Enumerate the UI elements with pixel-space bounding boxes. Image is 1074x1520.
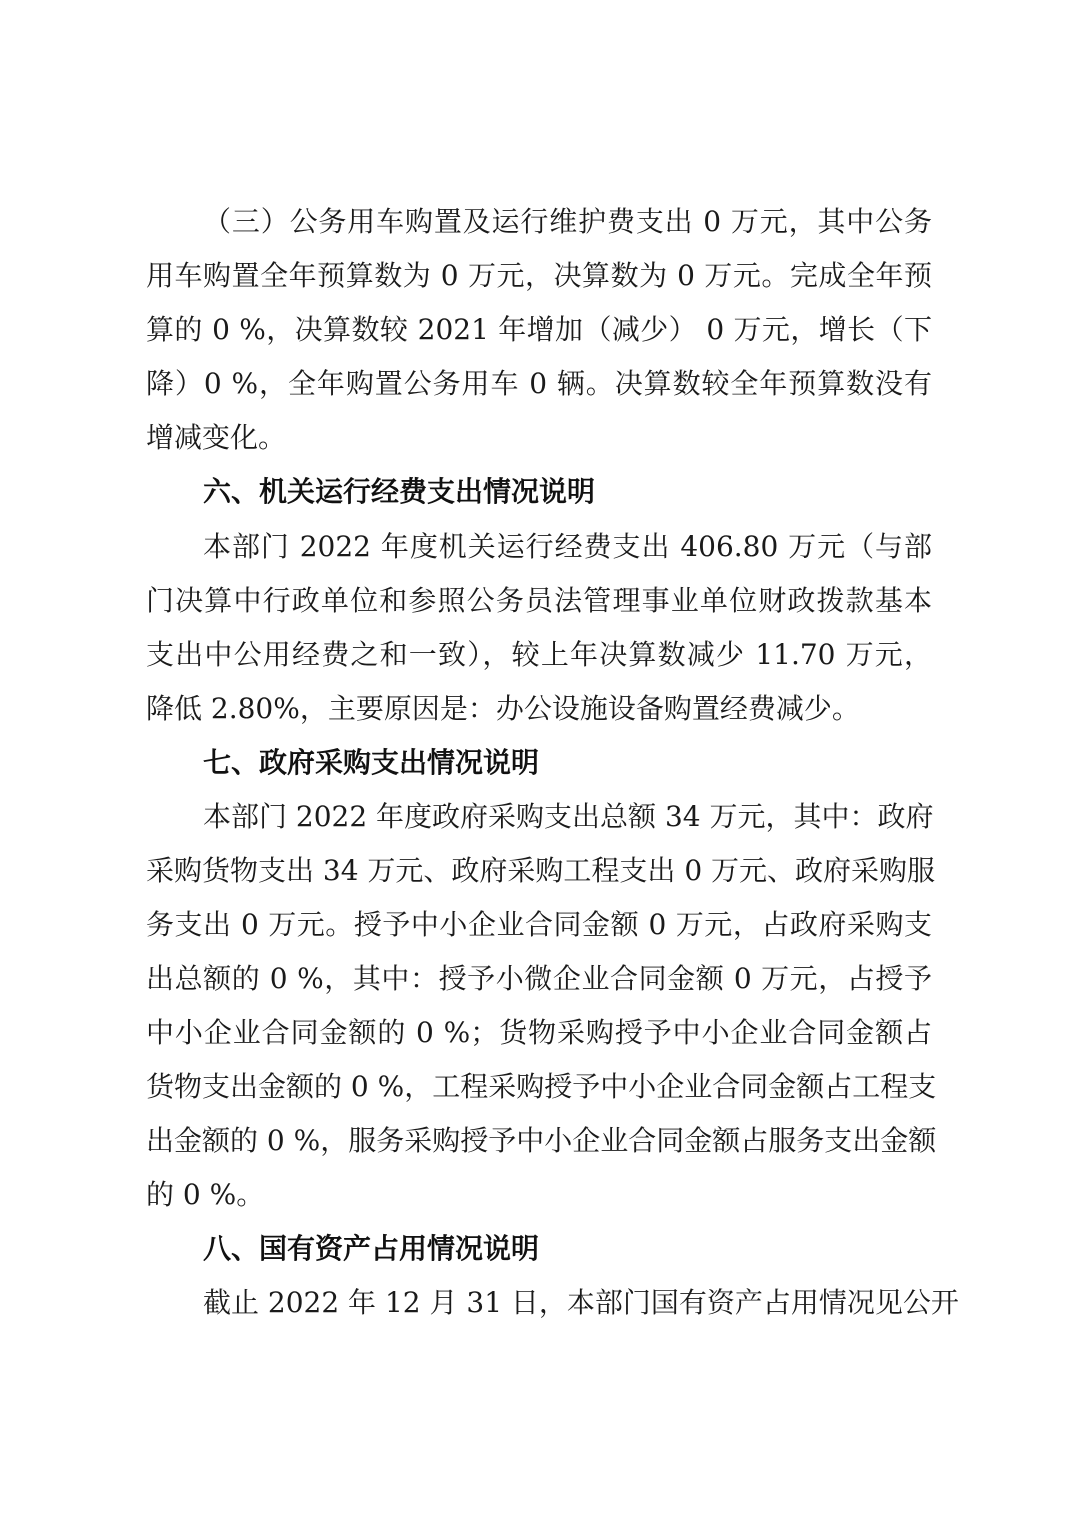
paragraph-line: 算的 0 %，决算数较 2021 年增加（减少） 0 万元，增长（下 xyxy=(146,310,932,350)
paragraph-line: 出金额的 0 %，服务采购授予中小企业合同金额占服务支出金额 xyxy=(146,1121,932,1161)
paragraph-line: 降）0 %，全年购置公务用车 0 辆。决算数较全年预算数没有 xyxy=(146,364,932,404)
paragraph-line: 降低 2.80%，主要原因是：办公设施设备购置经费减少。 xyxy=(146,689,932,729)
paragraph-line: 货物支出金额的 0 %，工程采购授予中小企业合同金额占工程支 xyxy=(146,1067,932,1107)
paragraph-line: 增减变化。 xyxy=(146,418,932,458)
paragraph-line: 截止 2022 年 12 月 31 日，本部门国有资产占用情况见公开 xyxy=(203,1283,932,1323)
section-heading: 七、政府采购支出情况说明 xyxy=(203,743,539,783)
paragraph-line: 中小企业合同金额的 0 %；货物采购授予中小企业合同金额占 xyxy=(146,1013,932,1053)
section-heading: 八、国有资产占用情况说明 xyxy=(203,1229,539,1269)
paragraph-line: （三）公务用车购置及运行维护费支出 0 万元，其中公务 xyxy=(203,202,932,242)
paragraph-line: 的 0 %。 xyxy=(146,1175,932,1215)
paragraph-line: 门决算中行政单位和参照公务员法管理事业单位财政拨款基本 xyxy=(146,581,932,621)
paragraph-line: 本部门 2022 年度政府采购支出总额 34 万元，其中：政府 xyxy=(203,797,932,837)
paragraph-line: 用车购置全年预算数为 0 万元，决算数为 0 万元。完成全年预 xyxy=(146,256,932,296)
document-page: （三）公务用车购置及运行维护费支出 0 万元，其中公务 用车购置全年预算数为 0… xyxy=(0,0,1074,1520)
section-heading: 六、机关运行经费支出情况说明 xyxy=(203,472,595,512)
paragraph-line: 出总额的 0 %，其中：授予小微企业合同金额 0 万元，占授予 xyxy=(146,959,932,999)
paragraph-line: 本部门 2022 年度机关运行经费支出 406.80 万元（与部 xyxy=(203,527,932,567)
paragraph-line: 采购货物支出 34 万元、政府采购工程支出 0 万元、政府采购服 xyxy=(146,851,932,891)
paragraph-line: 务支出 0 万元。授予中小企业合同金额 0 万元，占政府采购支 xyxy=(146,905,932,945)
paragraph-line: 支出中公用经费之和一致），较上年决算数减少 11.70 万元， xyxy=(146,635,932,675)
